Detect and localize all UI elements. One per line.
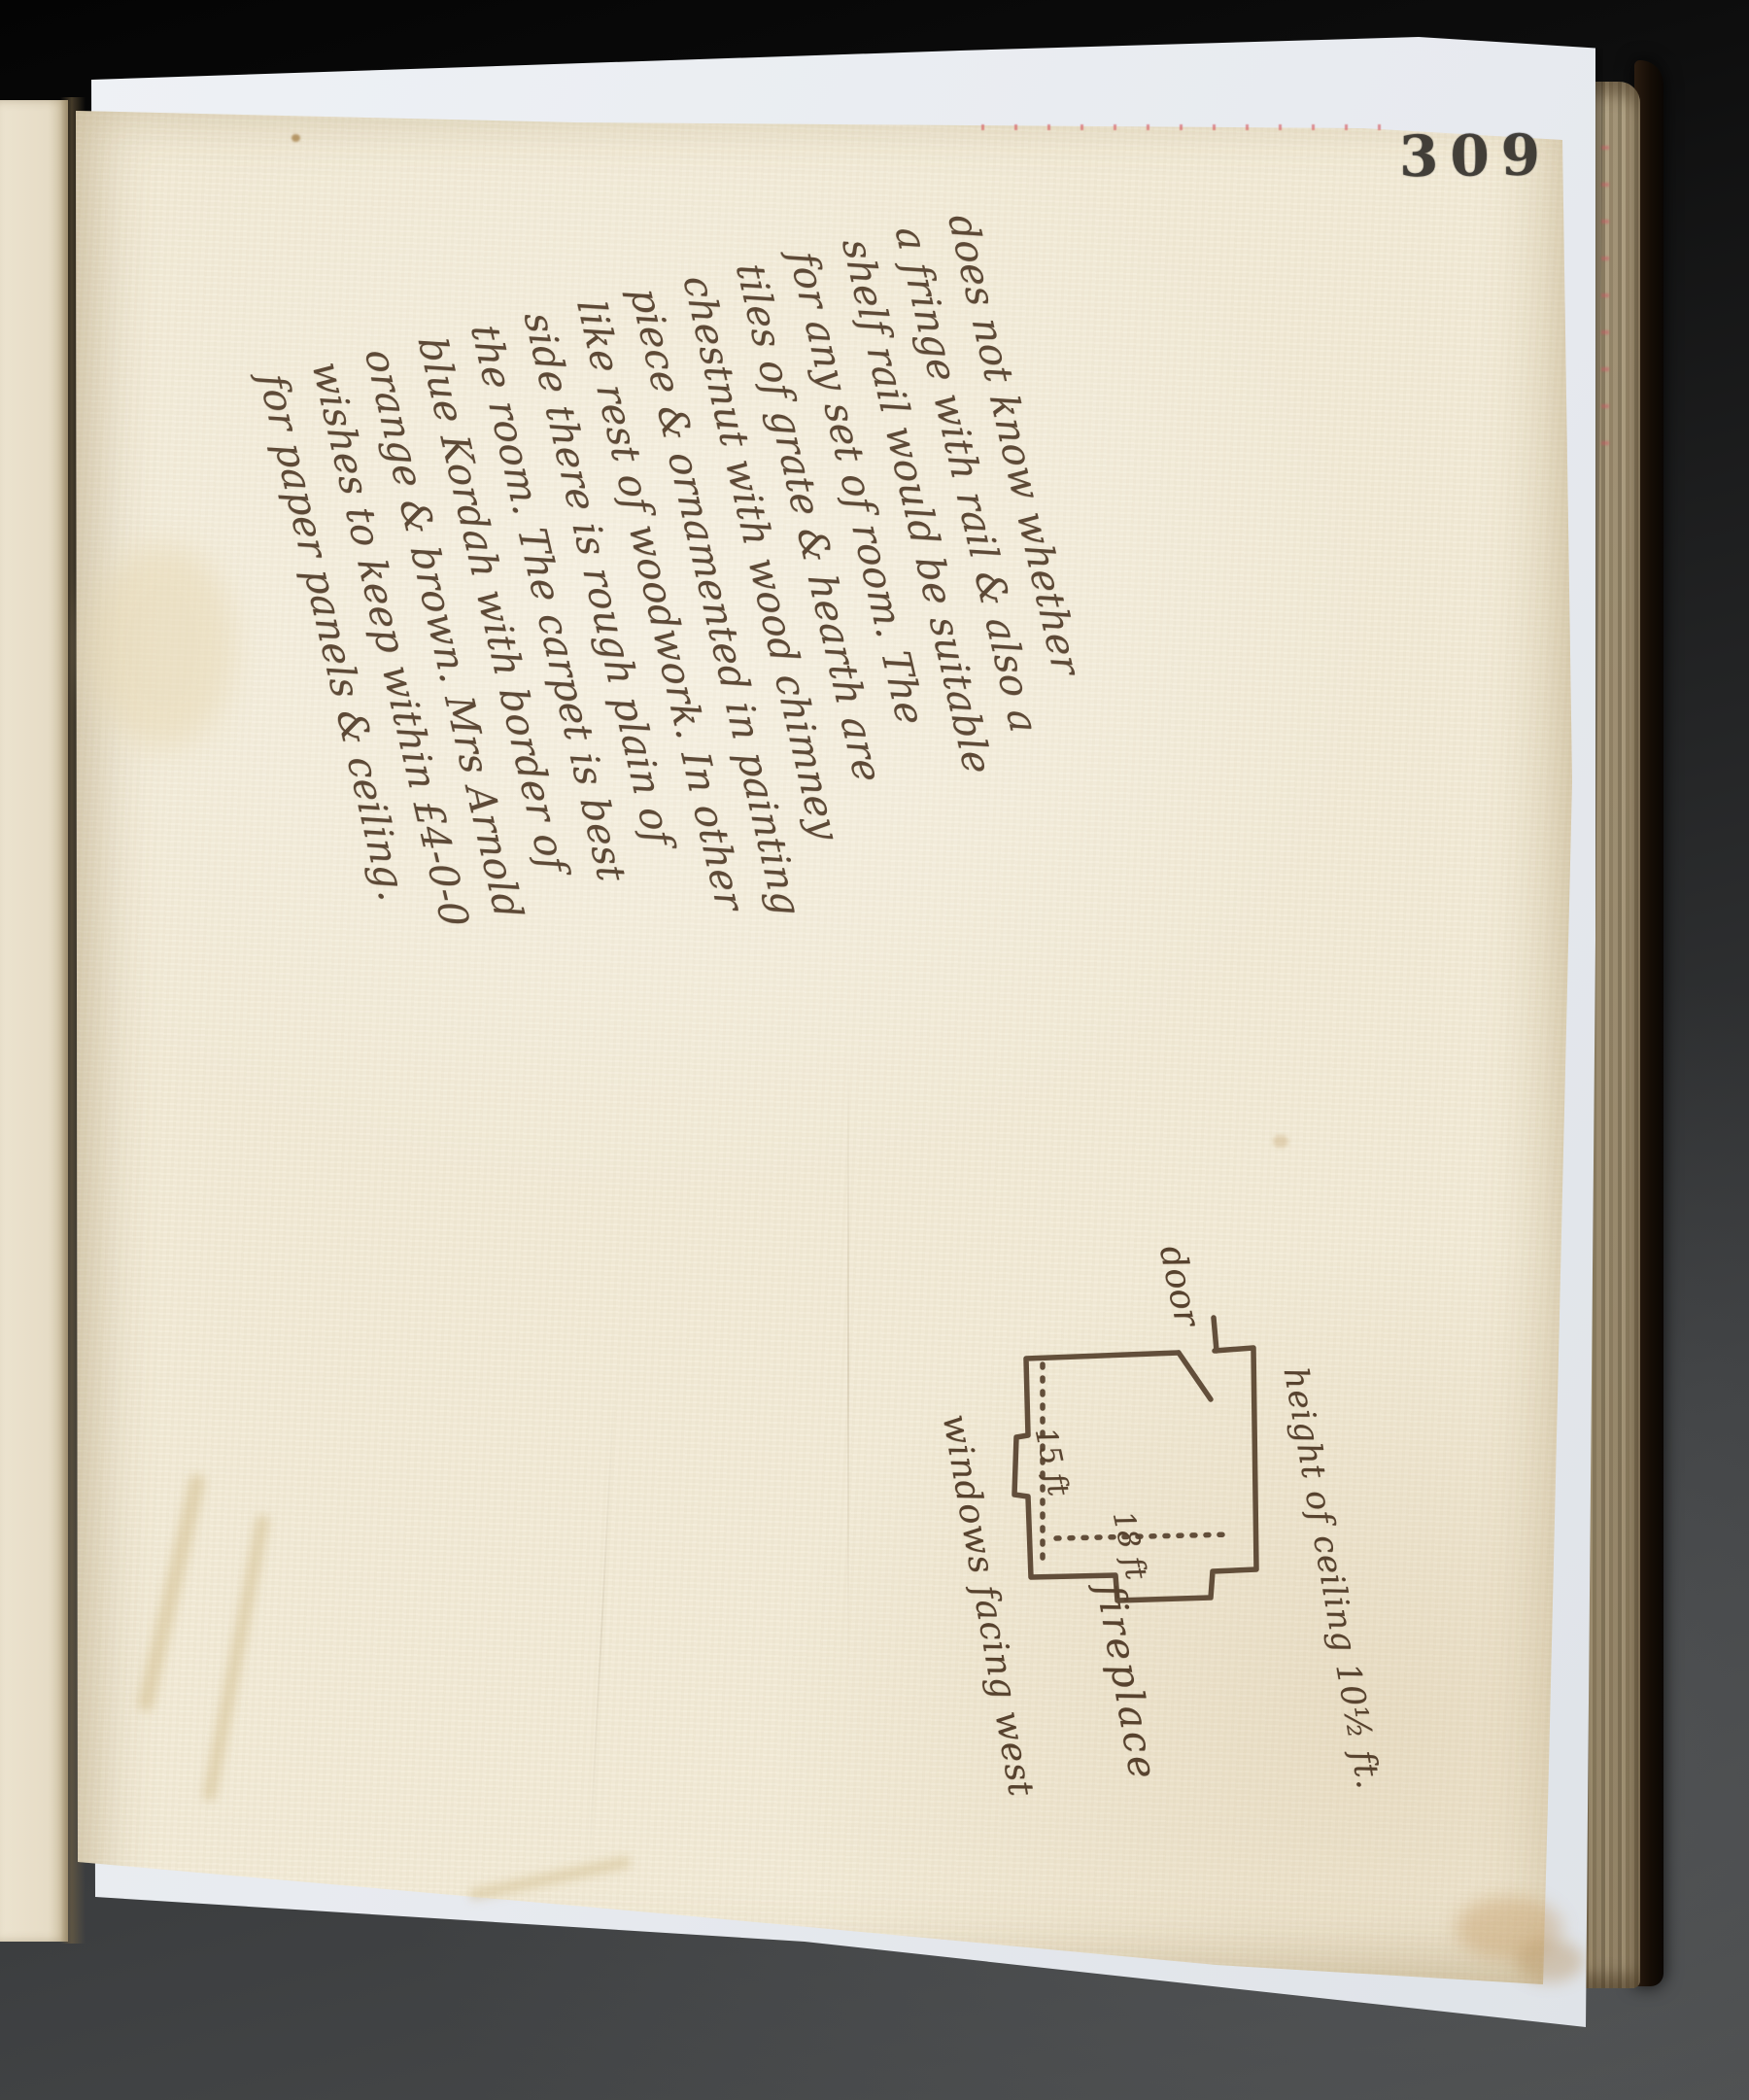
foxing-spot (1273, 1135, 1288, 1148)
page-number-stamp: 309 (1399, 121, 1614, 189)
foxing-stain (1516, 1940, 1584, 1982)
paper-stain (89, 544, 235, 748)
door-swing-line (1179, 1318, 1217, 1399)
floor-plan-sketch (972, 1215, 1457, 1895)
page-top-red-speckle (981, 124, 1389, 130)
foxing-spot (291, 134, 300, 142)
fore-edge-red-speckle (1601, 146, 1609, 457)
photo-of-open-book: 309 does not know whether a fringe with … (0, 0, 1749, 2100)
paper-crease (847, 1050, 849, 1671)
facing-page-edge (0, 100, 68, 1942)
